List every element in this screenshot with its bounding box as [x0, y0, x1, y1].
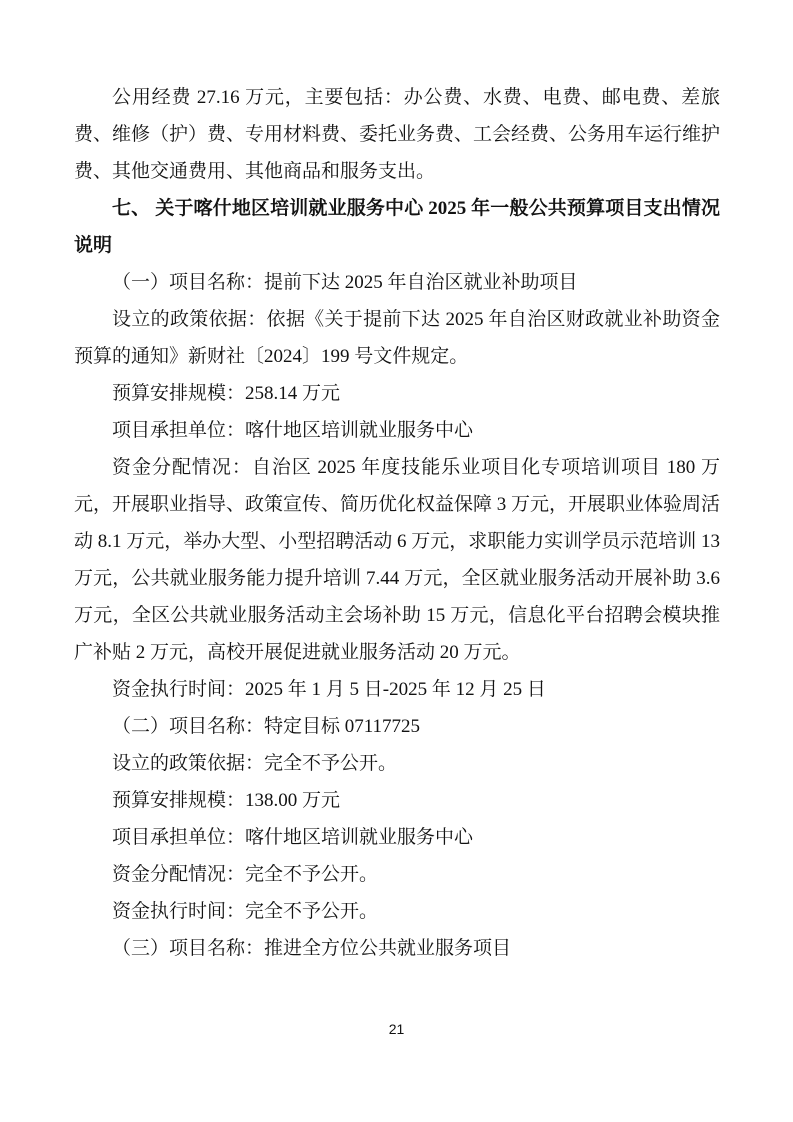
- project-2-budget-scale: 预算安排规模：138.00 万元: [74, 782, 720, 819]
- page-number: 21: [0, 1021, 793, 1037]
- project-1-undertaking-unit: 项目承担单位：喀什地区培训就业服务中心: [74, 412, 720, 449]
- project-3-name: （三）项目名称：推进全方位公共就业服务项目: [74, 930, 720, 967]
- project-1-execution-time: 资金执行时间：2025 年 1 月 5 日-2025 年 12 月 25 日: [74, 671, 720, 708]
- project-2-policy-basis: 设立的政策依据：完全不予公开。: [74, 745, 720, 782]
- project-2-execution-time: 资金执行时间：完全不予公开。: [74, 893, 720, 930]
- project-1-policy-basis: 设立的政策依据：依据《关于提前下达 2025 年自治区财政就业补助资金预算的通知…: [74, 301, 720, 375]
- project-1-name: （一）项目名称：提前下达 2025 年自治区就业补助项目: [74, 264, 720, 301]
- project-2-fund-allocation: 资金分配情况：完全不予公开。: [74, 856, 720, 893]
- paragraph-public-funds: 公用经费 27.16 万元，主要包括：办公费、水费、电费、邮电费、差旅费、维修（…: [74, 79, 720, 190]
- project-2-name: （二）项目名称：特定目标 07117725: [74, 708, 720, 745]
- document-page: 公用经费 27.16 万元，主要包括：办公费、水费、电费、邮电费、差旅费、维修（…: [0, 0, 793, 1122]
- project-1-budget-scale: 预算安排规模：258.14 万元: [74, 375, 720, 412]
- document-body: 公用经费 27.16 万元，主要包括：办公费、水费、电费、邮电费、差旅费、维修（…: [74, 79, 720, 967]
- project-1-fund-allocation: 资金分配情况：自治区 2025 年度技能乐业项目化专项培训项目 180 万元，开…: [74, 449, 720, 671]
- project-2-undertaking-unit: 项目承担单位：喀什地区培训就业服务中心: [74, 819, 720, 856]
- section-heading-7: 七、 关于喀什地区培训就业服务中心 2025 年一般公共预算项目支出情况说明: [74, 190, 720, 264]
